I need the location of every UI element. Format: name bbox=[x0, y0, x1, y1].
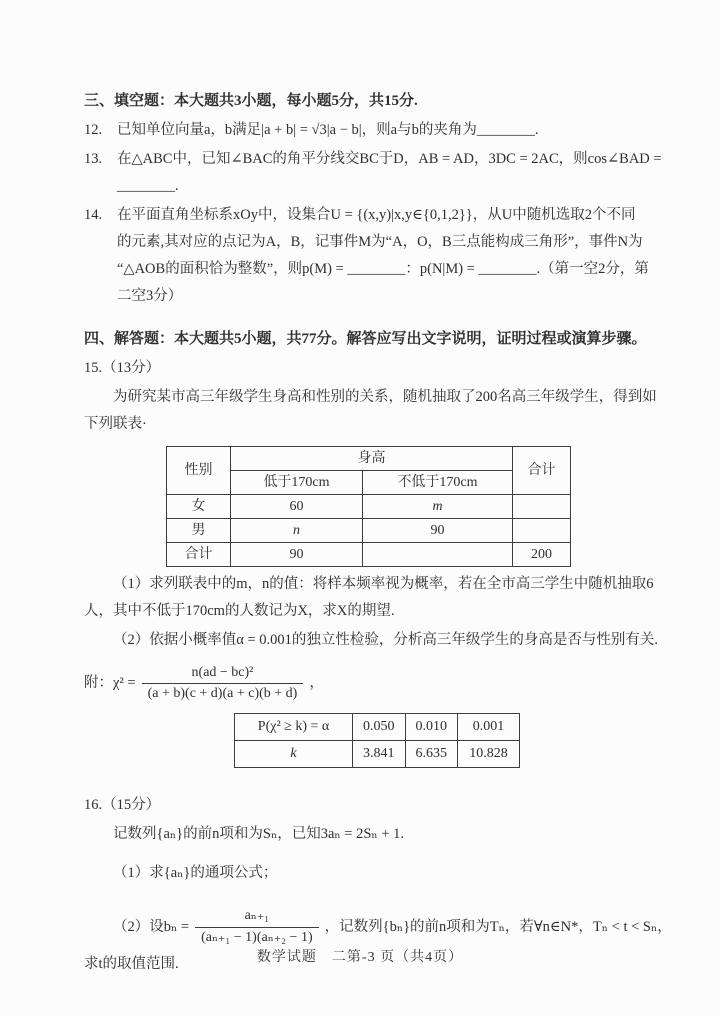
table-row: 男 n 90 bbox=[167, 519, 571, 543]
question-14-number: 14. bbox=[84, 202, 117, 310]
page-footer: 数学试题 二第-3 页（共4页） bbox=[0, 946, 720, 966]
question-13: 13. 在△ABC中，已知∠BAC的角平分线交BC于D，AB = AD，3DC … bbox=[84, 146, 674, 200]
chi-critical-values-table: P(χ² ≥ k) = α 0.050 0.010 0.001 k 3.841 … bbox=[234, 713, 520, 768]
question-14: 14. 在平面直角坐标系xOy中，设集合U = {(x,y)|x,y∈{0,1,… bbox=[84, 202, 674, 310]
question-12-number: 12. bbox=[84, 117, 117, 144]
table-cell: 60 bbox=[231, 495, 363, 519]
table-cell: 90 bbox=[363, 519, 513, 543]
question-12-text: 已知单位向量a，b满足|a + b| = √3|a − b|，则a与b的夹角为_… bbox=[117, 117, 674, 144]
line-gap bbox=[84, 850, 674, 858]
table-subheader: 低于170cm bbox=[231, 471, 363, 495]
table-cell bbox=[363, 543, 513, 567]
line-gap bbox=[84, 889, 674, 897]
table-cell: m bbox=[363, 495, 513, 519]
table-cell bbox=[513, 519, 571, 543]
question-gap bbox=[84, 768, 674, 782]
question-12: 12. 已知单位向量a，b满足|a + b| = √3|a − b|，则a与b的… bbox=[84, 117, 674, 144]
table-cell: 10.828 bbox=[458, 741, 520, 768]
question-16-part1: （1）求{aₙ}的通项公式； bbox=[84, 860, 674, 887]
table-cell: n bbox=[231, 519, 363, 543]
table-cell bbox=[513, 495, 571, 519]
table-row: 性别 身高 合计 bbox=[167, 447, 571, 471]
table-row: k 3.841 6.635 10.828 bbox=[235, 741, 520, 768]
formula-prefix: 附：χ² = bbox=[84, 674, 136, 693]
part2-fraction: aₙ₊₁ (aₙ₊₁ − 1)(aₙ₊₂ − 1) bbox=[195, 907, 319, 946]
question-13-number: 13. bbox=[84, 146, 117, 200]
question-15-part2: （2）依据小概率值α = 0.001的独立性检验，分析高三年级学生的身高是否与性… bbox=[84, 627, 674, 654]
table-group-header: 身高 bbox=[231, 447, 513, 471]
question-16-part2-formula: （2）设bₙ = aₙ₊₁ (aₙ₊₁ − 1)(aₙ₊₂ − 1) ，记数列{… bbox=[84, 907, 674, 946]
question-16-title: 16.（15分） bbox=[84, 792, 674, 819]
k-label-cell: k bbox=[235, 741, 353, 768]
part2-denominator: (aₙ₊₁ − 1)(aₙ₊₂ − 1) bbox=[195, 927, 319, 947]
table-cell: 0.050 bbox=[353, 714, 406, 741]
question-15-title: 15.（13分） bbox=[84, 355, 674, 382]
table-cell: 90 bbox=[231, 543, 363, 567]
table-cell: 0.001 bbox=[458, 714, 520, 741]
question-13-text: 在△ABC中，已知∠BAC的角平分线交BC于D，AB = AD，3DC = 2A… bbox=[117, 146, 674, 200]
question-16-given: 记数列{aₙ}的前n项和为Sₙ，已知3aₙ = 2Sₙ + 1. bbox=[84, 821, 674, 848]
table-cell: 合计 bbox=[167, 543, 231, 567]
table-subheader: 不低于170cm bbox=[363, 471, 513, 495]
table-cell: 3.841 bbox=[353, 741, 406, 768]
table-row: 女 60 m bbox=[167, 495, 571, 519]
formula-fraction: n(ad − bc)² (a + b)(c + d)(a + c)(b + d) bbox=[142, 664, 304, 703]
table-cell: 6.635 bbox=[405, 741, 458, 768]
table-corner-label: 性别 bbox=[167, 447, 231, 495]
part2-post: ，记数列{bₙ}的前n项和为Tₙ，若∀n∈N*，Tₙ < t < Sₙ， bbox=[325, 918, 672, 937]
answer-section-heading: 四、解答题：本大题共5小题，共77分。解答应写出文字说明，证明过程或演算步骤。 bbox=[84, 326, 674, 353]
formula-numerator: n(ad − bc)² bbox=[186, 664, 260, 683]
part2-numerator: aₙ₊₁ bbox=[239, 907, 276, 926]
chi-square-formula: 附：χ² = n(ad − bc)² (a + b)(c + d)(a + c)… bbox=[84, 664, 674, 703]
formula-denominator: (a + b)(c + d)(a + c)(b + d) bbox=[142, 683, 304, 703]
table-cell: 女 bbox=[167, 495, 231, 519]
formula-suffix: ， bbox=[309, 674, 324, 693]
table-row: P(χ² ≥ k) = α 0.050 0.010 0.001 bbox=[235, 714, 520, 741]
table-row: 合计 90 200 bbox=[167, 543, 571, 567]
section-gap bbox=[84, 312, 674, 326]
part2-prefix: （2）设bₙ = bbox=[113, 918, 189, 937]
table-cell: 200 bbox=[513, 543, 571, 567]
table-cell: 男 bbox=[167, 519, 231, 543]
question-15-intro: 为研究某市高三年级学生身高和性别的关系，随机抽取了200名高三年级学生，得到如 … bbox=[84, 384, 674, 438]
exam-page: 三、填空题：本大题共3小题，每小题5分，共15分. 12. 已知单位向量a，b满… bbox=[0, 0, 720, 1016]
prob-label-cell: P(χ² ≥ k) = α bbox=[235, 714, 353, 741]
contingency-table: 性别 身高 合计 低于170cm 不低于170cm 女 60 m 男 n 90 bbox=[166, 446, 571, 567]
question-15-part1: （1）求列联表中的m，n的值：将样本频率视为概率，若在全市高三学生中随机抽取6 … bbox=[84, 571, 674, 625]
question-14-text: 在平面直角坐标系xOy中，设集合U = {(x,y)|x,y∈{0,1,2}}，… bbox=[117, 202, 674, 310]
fill-section-heading: 三、填空题：本大题共3小题，每小题5分，共15分. bbox=[84, 88, 674, 115]
table-cell: 0.010 bbox=[405, 714, 458, 741]
question-gap bbox=[84, 782, 674, 790]
table-total-header: 合计 bbox=[513, 447, 571, 495]
